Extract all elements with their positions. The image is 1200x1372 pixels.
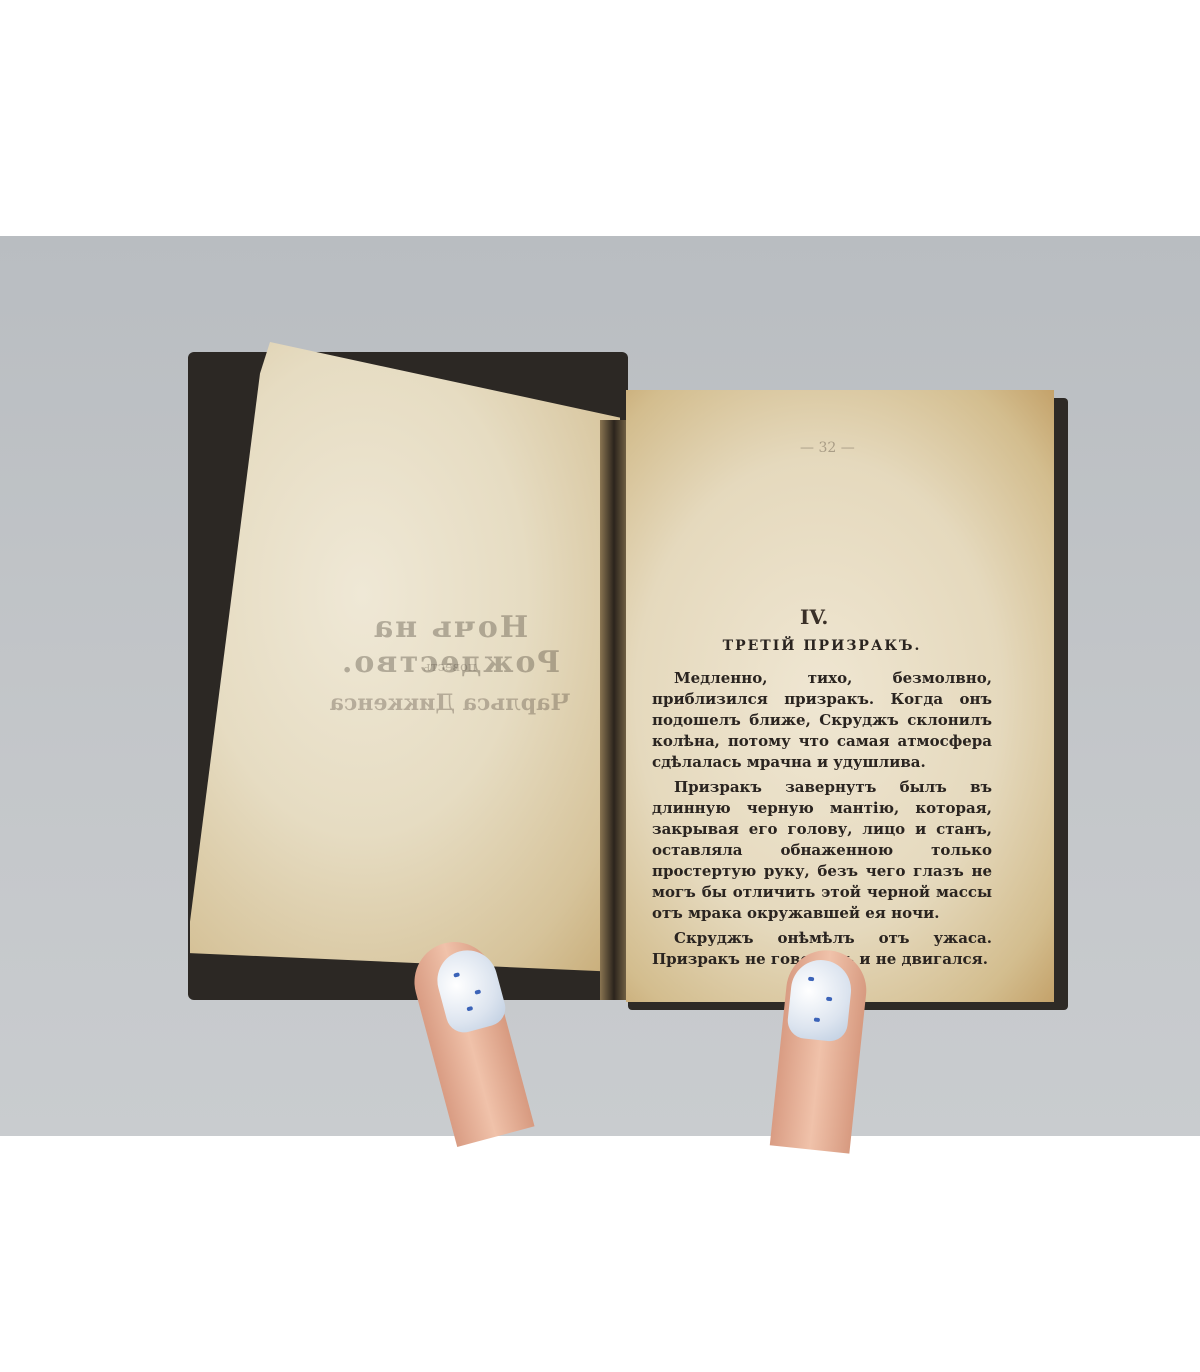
paragraph: Призракъ завернутъ былъ въ длинную черну… xyxy=(652,777,992,924)
right-page-text: ТРЕТІЙ ПРИЗРАКЪ. Медленно, тихо, безмолв… xyxy=(652,590,992,974)
open-book: Ночь на Рождество. повесть Чарльса Дикке… xyxy=(0,0,1200,1372)
paragraph: Медленно, тихо, безмолвно, приблизился п… xyxy=(652,668,992,773)
page-number: — 32 — xyxy=(800,440,855,456)
chapter-title: ТРЕТІЙ ПРИЗРАКЪ. xyxy=(652,638,992,654)
show-through-subtitle: повесть xyxy=(300,660,600,675)
book-spine xyxy=(600,420,628,1000)
show-through-author: Чарльса Диккенса xyxy=(300,690,600,716)
